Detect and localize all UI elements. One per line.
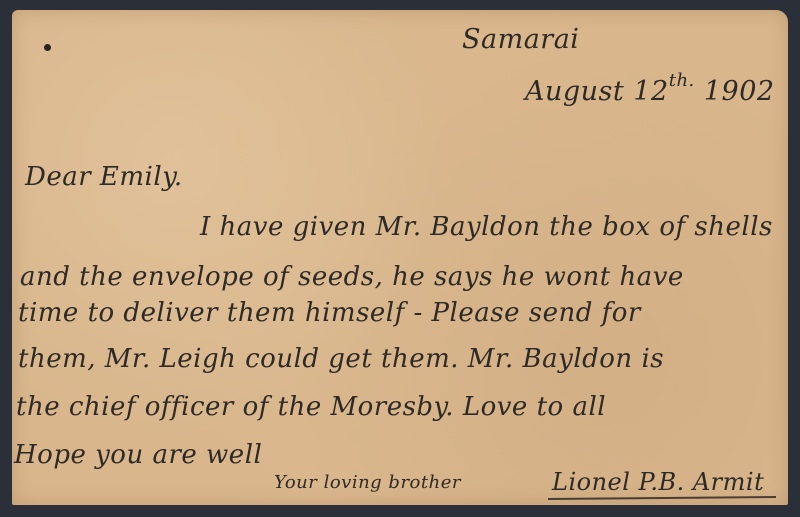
closing: Your loving brother <box>274 472 461 493</box>
place-heading: Samarai <box>462 24 579 55</box>
letter-line-2: and the envelope of seeds, he says he wo… <box>20 262 684 292</box>
signature: Lionel P.B. Armit <box>552 468 764 496</box>
letter-line-6: Hope you are well <box>14 440 262 470</box>
signature-underline <box>548 496 776 500</box>
punch-hole <box>44 44 51 51</box>
letter-line-4: them, Mr. Leigh could get them. Mr. Bayl… <box>18 344 664 374</box>
date-heading: August 12th. 1902 <box>525 74 775 107</box>
date-day: August 12 <box>525 76 669 107</box>
postcard: Samarai August 12th. 1902 Dear Emily. I … <box>12 10 788 505</box>
letter-line-5: the chief officer of the Moresby. Love t… <box>16 392 606 422</box>
letter-line-3: time to deliver them himself - Please se… <box>18 298 641 328</box>
letter-line-1: I have given Mr. Bayldon the box of shel… <box>200 212 773 242</box>
date-year: 1902 <box>704 76 775 107</box>
salutation: Dear Emily. <box>25 162 183 192</box>
date-ordinal: th. <box>669 70 695 91</box>
